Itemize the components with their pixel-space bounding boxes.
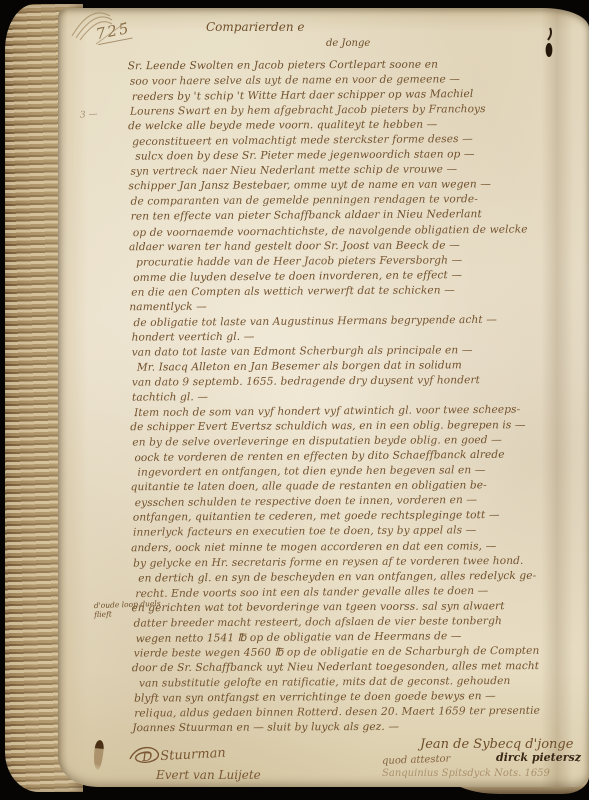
manuscript-line: Mr. Isacq Alleton en Jan Besemer als bor… [137,357,589,375]
margin-note: d'oude loop duels flieft [94,599,161,619]
manuscript-page: 725 Comparierden e de Jonge 3 — Sr. Leen… [58,8,589,787]
page-heading: Comparierden e [206,20,304,34]
page-subheading: de Jonge [326,38,370,49]
signature-name: Evert van Luijete [156,768,261,782]
signature-left: D. Stuurman Evert van Luijete [142,747,261,782]
manuscript-line: en gerichten wat tot bevorderinge van tg… [131,598,589,615]
manuscript-line: de schipper Evert Evertsz schuldich was,… [130,418,589,435]
signature-area: D. Stuurman Evert van Luijete quod attes… [132,743,583,795]
photo-background: 725 Comparierden e de Jonge 3 — Sr. Leen… [0,0,589,800]
manuscript-text-block: Sr. Leende Swolten en Jacob pieters Cort… [130,56,589,736]
ink-blot [92,740,104,771]
manuscript-line: anders, oock niet minne te mogen accorde… [131,538,589,555]
notary-signature: Sanquinius Spitsdyck Nots. 1659 [382,768,550,779]
manuscript-line: Joannes Stuurman en — sluit by luyck als… [132,719,589,736]
manuscript-line: sulcx doen by dese Sr. Pieter mede jegen… [135,147,589,165]
margin-mark: 3 — [80,109,98,120]
manuscript-line: Sr. Leende Swolten en Jacob pieters Cort… [128,57,588,74]
signature-name: dirck pietersz [496,751,589,764]
signature-name: Jean de Sybecq d'jonge [420,737,589,752]
manuscript-line: van substitutie gelofte en ratificatie, … [139,673,589,691]
signature-right: Jean de Sybecq d'jonge dirck pietersz [420,737,589,764]
manuscript-line: schipper Jan Jansz Bestebaer, omme uyt d… [128,177,588,194]
